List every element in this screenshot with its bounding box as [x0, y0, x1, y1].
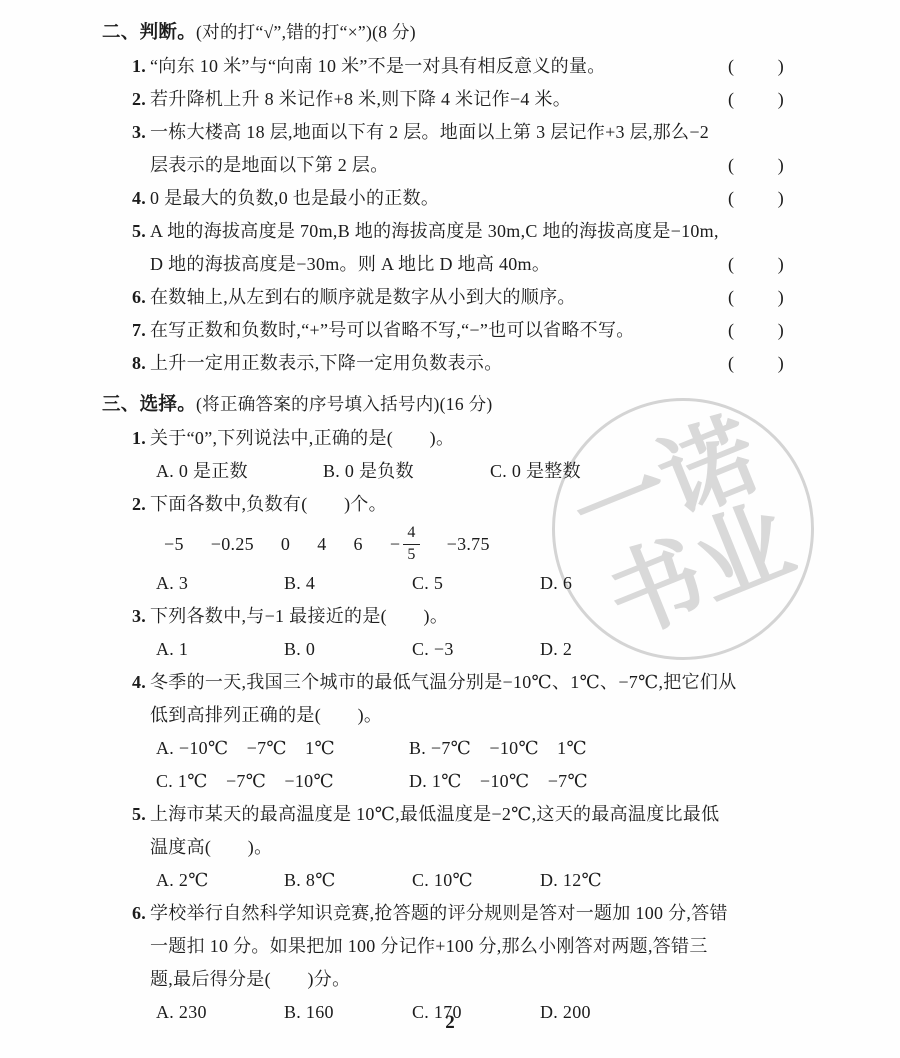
question-text: 关于“0”,下列说法中,正确的是( )。 [150, 422, 786, 455]
bracket-open: ( [728, 248, 734, 281]
question-text: 0 是最大的负数,0 也是最小的正数。 [150, 182, 439, 215]
question-line: 0 是最大的负数,0 也是最小的正数。() [150, 182, 786, 215]
option-choice: A. 0 是正数 [156, 455, 323, 488]
number-value: −3.75 [447, 528, 490, 561]
bracket-open: ( [728, 347, 734, 380]
question-number: 8. [132, 347, 146, 380]
option-choice: C. 10℃ [412, 864, 540, 897]
fraction-stack: 45 [403, 524, 419, 564]
question-line: 在数轴上,从左到右的顺序就是数字从小到大的顺序。() [150, 281, 786, 314]
option-choice: A. 2℃ [156, 864, 284, 897]
question-number: 2. [132, 488, 146, 521]
question-text: 下面各数中,负数有( )个。 [150, 488, 786, 521]
question-text: 上升一定用正数表示,下降一定用负数表示。 [150, 347, 503, 380]
question-text: 温度高( )。 [150, 831, 786, 864]
fraction-value: −45 [390, 524, 420, 564]
bracket-close: ) [778, 248, 784, 281]
question-line: D 地的海拔高度是−30m。则 A 地比 D 地高 40m。() [150, 248, 786, 281]
answer-bracket: () [728, 50, 786, 83]
question-item: 8.上升一定用正数表示,下降一定用负数表示。() [102, 347, 786, 380]
bracket-close: ) [778, 347, 784, 380]
answer-bracket: () [728, 182, 786, 215]
question-number: 4. [132, 666, 146, 699]
question-text: 层表示的是地面以下第 2 层。 [150, 149, 389, 182]
question-item: 5.上海市某天的最高温度是 10℃,最低温度是−2℃,这天的最高温度比最低温度高… [102, 798, 786, 897]
question-item: 3.一栋大楼高 18 层,地面以下有 2 层。地面以上第 3 层记作+3 层,那… [102, 116, 786, 182]
question-number: 2. [132, 83, 146, 116]
option-choice: C. 0 是整数 [490, 455, 657, 488]
bracket-open: ( [728, 149, 734, 182]
question-text: 上海市某天的最高温度是 10℃,最低温度是−2℃,这天的最高温度比最低 [150, 798, 786, 831]
question-item: 5.A 地的海拔高度是 70m,B 地的海拔高度是 30m,C 地的海拔高度是−… [102, 215, 786, 281]
answer-bracket: () [728, 149, 786, 182]
number-value: 0 [281, 528, 290, 561]
question-text: 在写正数和负数时,“+”号可以省略不写,“−”也可以省略不写。 [150, 314, 635, 347]
bracket-open: ( [728, 182, 734, 215]
question-text: 在数轴上,从左到右的顺序就是数字从小到大的顺序。 [150, 281, 576, 314]
question-item: 1.“向东 10 米”与“向南 10 米”不是一对具有相反意义的量。() [102, 50, 786, 83]
question-number: 7. [132, 314, 146, 347]
question-text: 低到高排列正确的是( )。 [150, 699, 786, 732]
question-item: 1.关于“0”,下列说法中,正确的是( )。A. 0 是正数B. 0 是负数C.… [102, 422, 786, 488]
question-number: 6. [132, 281, 146, 314]
question-text: 一题扣 10 分。如果把加 100 分记作+100 分,那么小刚答对两题,答错三 [150, 930, 786, 963]
question-line: 上升一定用正数表示,下降一定用负数表示。() [150, 347, 786, 380]
option-choice: C. 1℃ −7℃ −10℃ [156, 765, 409, 798]
question-number: 5. [132, 798, 146, 831]
number-value: −5 [164, 528, 184, 561]
option-choice: A. −10℃ −7℃ 1℃ [156, 732, 409, 765]
question-item: 4.0 是最大的负数,0 也是最小的正数。() [102, 182, 786, 215]
fraction-denominator: 5 [407, 545, 415, 564]
question-text: A 地的海拔高度是 70m,B 地的海拔高度是 30m,C 地的海拔高度是−10… [150, 215, 786, 248]
question-line: 层表示的是地面以下第 2 层。() [150, 149, 786, 182]
page-number: 2 [0, 1012, 900, 1034]
section-subtitle: (将正确答案的序号填入括号内)(16 分) [196, 394, 492, 414]
question-text: 学校举行自然科学知识竞赛,抢答题的评分规则是答对一题加 100 分,答错 [150, 897, 786, 930]
answer-bracket: () [728, 281, 786, 314]
worksheet-content: 二、判断。(对的打“√”,错的打“×”)(8 分)1.“向东 10 米”与“向南… [102, 16, 786, 1029]
question-number: 3. [132, 600, 146, 633]
question-text: D 地的海拔高度是−30m。则 A 地比 D 地高 40m。 [150, 248, 550, 281]
option-choice: B. 0 [284, 633, 412, 666]
option-choice: D. 2 [540, 633, 668, 666]
option-choice: C. −3 [412, 633, 540, 666]
option-choice: B. 8℃ [284, 864, 412, 897]
question-text: 一栋大楼高 18 层,地面以下有 2 层。地面以上第 3 层记作+3 层,那么−… [150, 116, 786, 149]
bracket-open: ( [728, 50, 734, 83]
question-number: 1. [132, 50, 146, 83]
option-choice: C. 5 [412, 567, 540, 600]
question-number: 5. [132, 215, 146, 248]
options-row: A. 1B. 0C. −3D. 2 [156, 633, 786, 666]
bracket-open: ( [728, 83, 734, 116]
question-number: 3. [132, 116, 146, 149]
section-title-text: 二、判断。 [102, 23, 196, 43]
section-title: 二、判断。(对的打“√”,错的打“×”)(8 分) [102, 16, 786, 50]
options-row: C. 1℃ −7℃ −10℃D. 1℃ −10℃ −7℃ [156, 765, 786, 798]
option-choice: A. 3 [156, 567, 284, 600]
question-item: 7.在写正数和负数时,“+”号可以省略不写,“−”也可以省略不写。() [102, 314, 786, 347]
answer-bracket: () [728, 83, 786, 116]
section-subtitle: (对的打“√”,错的打“×”)(8 分) [196, 22, 416, 42]
question-item: 2.下面各数中,负数有( )个。−5−0.25046−45−3.75A. 3B.… [102, 488, 786, 600]
option-choice: B. 4 [284, 567, 412, 600]
bracket-close: ) [778, 314, 784, 347]
bracket-open: ( [728, 281, 734, 314]
section-title-text: 三、选择。 [102, 395, 196, 415]
number-value: 4 [317, 528, 326, 561]
option-choice: D. 6 [540, 567, 668, 600]
question-number: 6. [132, 897, 146, 930]
bracket-close: ) [778, 182, 784, 215]
question-number: 1. [132, 422, 146, 455]
question-text: 冬季的一天,我国三个城市的最低气温分别是−10℃、1℃、−7℃,把它们从 [150, 666, 786, 699]
bracket-open: ( [728, 314, 734, 347]
question-item: 6.学校举行自然科学知识竞赛,抢答题的评分规则是答对一题加 100 分,答错一题… [102, 897, 786, 1029]
bracket-close: ) [778, 50, 784, 83]
answer-bracket: () [728, 314, 786, 347]
section-title: 三、选择。(将正确答案的序号填入括号内)(16 分) [102, 388, 786, 422]
question-item: 3.下列各数中,与−1 最接近的是( )。A. 1B. 0C. −3D. 2 [102, 600, 786, 666]
bracket-close: ) [778, 83, 784, 116]
question-text: 若升降机上升 8 米记作+8 米,则下降 4 米记作−4 米。 [150, 83, 571, 116]
options-row: A. 2℃B. 8℃C. 10℃D. 12℃ [156, 864, 786, 897]
fraction-sign: − [390, 528, 400, 561]
option-choice: D. 1℃ −10℃ −7℃ [409, 765, 662, 798]
answer-bracket: () [728, 347, 786, 380]
number-value: 6 [354, 528, 363, 561]
worksheet-page: 一诺 书业 二、判断。(对的打“√”,错的打“×”)(8 分)1.“向东 10 … [0, 0, 900, 1058]
answer-bracket: () [728, 248, 786, 281]
options-row: A. 3B. 4C. 5D. 6 [156, 567, 786, 600]
question-line: 在写正数和负数时,“+”号可以省略不写,“−”也可以省略不写。() [150, 314, 786, 347]
question-item: 4.冬季的一天,我国三个城市的最低气温分别是−10℃、1℃、−7℃,把它们从低到… [102, 666, 786, 798]
option-choice: B. 0 是负数 [323, 455, 490, 488]
bracket-close: ) [778, 281, 784, 314]
option-choice: A. 1 [156, 633, 284, 666]
question-text: 题,最后得分是( )分。 [150, 963, 786, 996]
option-choice: B. −7℃ −10℃ 1℃ [409, 732, 662, 765]
number-list: −5−0.25046−45−3.75 [164, 521, 786, 567]
option-choice: D. 12℃ [540, 864, 668, 897]
number-value: −0.25 [211, 528, 254, 561]
options-row: A. 0 是正数B. 0 是负数C. 0 是整数 [156, 455, 786, 488]
bracket-close: ) [778, 149, 784, 182]
question-text: “向东 10 米”与“向南 10 米”不是一对具有相反意义的量。 [150, 50, 606, 83]
options-row: A. −10℃ −7℃ 1℃B. −7℃ −10℃ 1℃ [156, 732, 786, 765]
fraction-numerator: 4 [403, 524, 419, 544]
question-item: 2.若升降机上升 8 米记作+8 米,则下降 4 米记作−4 米。() [102, 83, 786, 116]
question-line: 若升降机上升 8 米记作+8 米,则下降 4 米记作−4 米。() [150, 83, 786, 116]
question-number: 4. [132, 182, 146, 215]
question-item: 6.在数轴上,从左到右的顺序就是数字从小到大的顺序。() [102, 281, 786, 314]
question-text: 下列各数中,与−1 最接近的是( )。 [150, 600, 786, 633]
question-line: “向东 10 米”与“向南 10 米”不是一对具有相反意义的量。() [150, 50, 786, 83]
